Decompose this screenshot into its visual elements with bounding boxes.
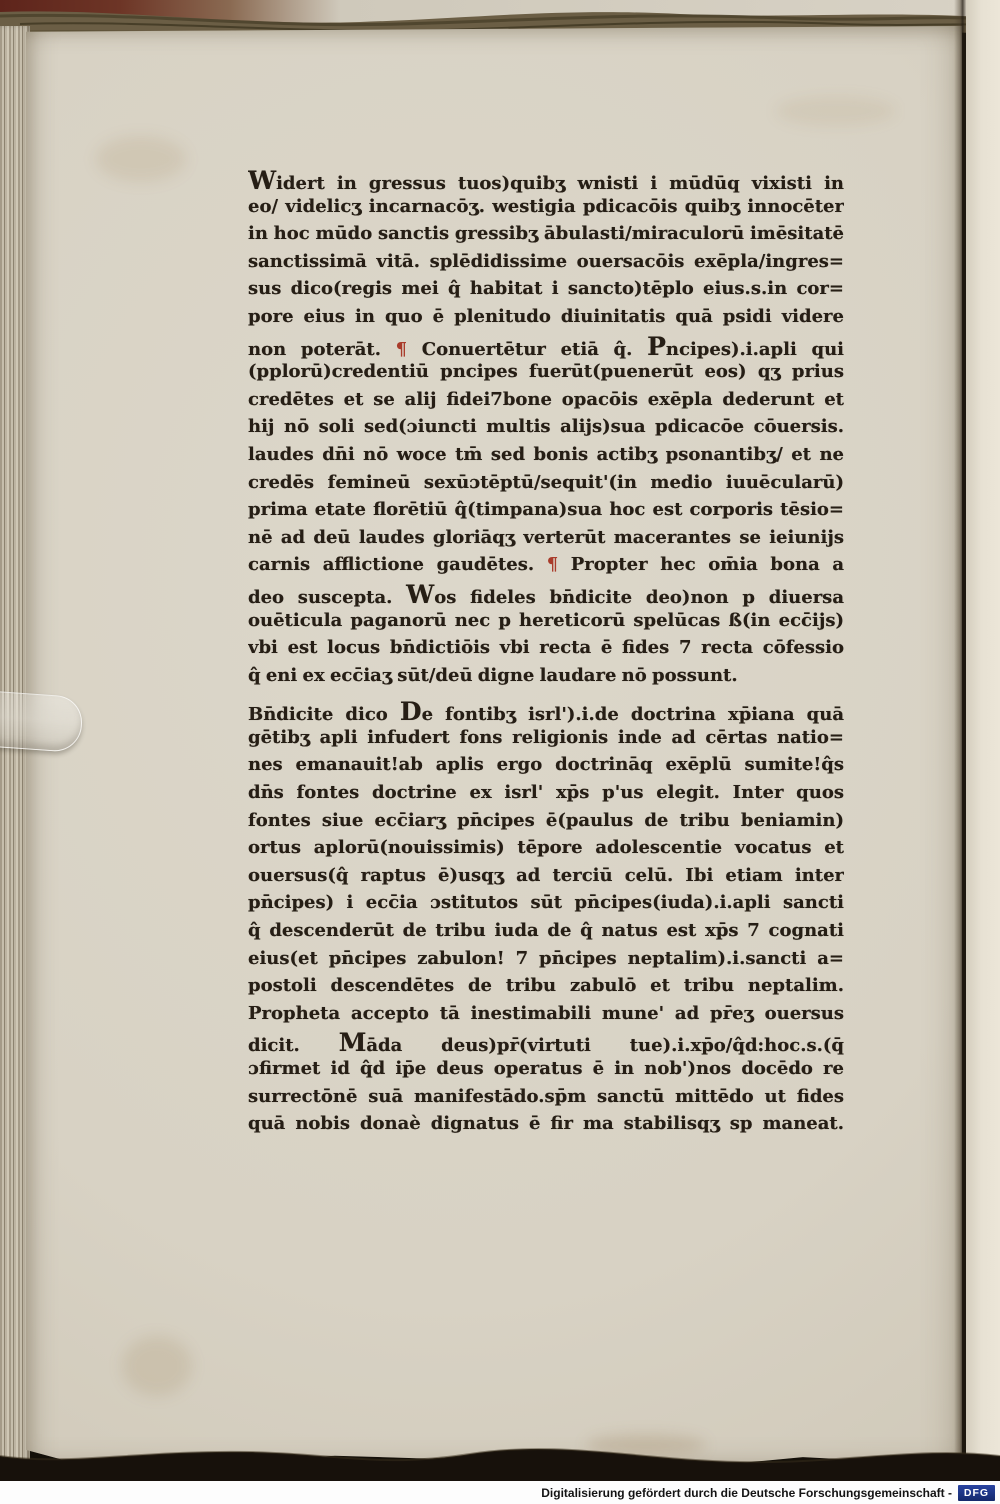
text-segment: deo suscepta.	[248, 587, 406, 608]
text-line: laudes dn̄i nō woce tm̄ sed bonis actibʒ…	[248, 444, 844, 472]
text-line: dicit. Māda deus)pr̄(virtuti tue).i.xp̄o…	[248, 1030, 844, 1058]
text-segment: hij nō soli sed(ɔiuncti multis alijs)sua…	[248, 416, 844, 437]
text-segment: ouēticula paganorū nec p hereticorū spel…	[248, 610, 844, 631]
text-line: credētes et se alij fidei7bone opacōis e…	[248, 389, 844, 417]
text-segment: Propter hec om̄ia bona a	[558, 554, 844, 575]
text-segment: dn̄s fontes doctrine ex isrl' xp̄s p'us …	[248, 782, 844, 803]
text-line: gētibʒ apli infudert fons religionis ind…	[248, 727, 844, 755]
text-line: prima etate florētiū q̂(timpana)sua hoc …	[248, 499, 844, 527]
footer-credit-text: Digitalisierung gefördert durch die Deut…	[541, 1486, 952, 1500]
text-segment: dicit.	[248, 1035, 339, 1056]
text-segment: āda deus)pr̄(virtuti tue).i.xp̄o/q̂d:hoc…	[366, 1035, 844, 1056]
text-line: vbi est locus bn̄dictiōis vbi recta ē fi…	[248, 637, 844, 665]
text-line: eius(et pn̄cipes zabulon! 7 pn̄cipes nep…	[248, 948, 844, 976]
text-line: dn̄s fontes doctrine ex isrl' xp̄s p'us …	[248, 782, 844, 810]
text-segment: prima etate florētiū q̂(timpana)sua hoc …	[248, 499, 844, 520]
footer-bar: Digitalisierung gefördert durch die Deut…	[0, 1481, 1000, 1504]
page-holder-clip	[0, 691, 84, 753]
text-segment: sus dico(regis mei q̂ habitat i sancto)t…	[248, 278, 844, 299]
text-segment: ortus aplorū(nouissimis) tēpore adolesce…	[248, 837, 844, 858]
text-line: (pplorū)credentiū pncipes fuerūt(puenerū…	[248, 361, 844, 389]
text-line: nes emanauit!ab aplis ergo doctrināq exē…	[248, 754, 844, 782]
text-block: Widert in gressus tuos)quibʒ wnisti i mū…	[248, 168, 844, 1141]
text-line: Bn̄dicite dico De fontibʒ isrl').i.de do…	[248, 699, 844, 727]
text-line: ɔfirmet id q̂d ip̄e deus operatus ē in n…	[248, 1058, 844, 1086]
text-segment: q̂ descenderūt de tribu iuda de q̂ natus…	[248, 920, 844, 941]
text-segment: (pplorū)credentiū pncipes fuerūt(puenerū…	[248, 361, 844, 382]
initial-letter: W	[248, 168, 276, 195]
text-segment: in hoc mūdo sanctis gressibʒ ābulasti/mi…	[248, 223, 844, 244]
page-stain	[96, 136, 186, 182]
text-line: hij nō soli sed(ɔiuncti multis alijs)sua…	[248, 416, 844, 444]
rubric-mark: ¶	[396, 339, 407, 360]
text-line: pn̄cipes) i ecc̄ia ɔstitutos sūt pn̄cipe…	[248, 892, 844, 920]
text-segment: nes emanauit!ab aplis ergo doctrināq exē…	[248, 754, 844, 775]
text-segment: eius(et pn̄cipes zabulon! 7 pn̄cipes nep…	[248, 948, 844, 969]
text-line: eo/ videlicʒ incarnacōʒ. westigia pdicac…	[248, 196, 844, 224]
text-line: q̂ eni ex ecc̄iaʒ sūt/deū digne laudare …	[248, 665, 844, 693]
text-segment: credētes et se alij fidei7bone opacōis e…	[248, 389, 844, 410]
text-segment: ncipes).i.apli qui	[666, 339, 844, 360]
page-stain	[122, 1336, 192, 1396]
page-stain	[776, 96, 896, 126]
text-segment: eo/ videlicʒ incarnacōʒ. westigia pdicac…	[248, 196, 844, 217]
text-segment: nē ad deū laudes gloriāqʒ verterūt macer…	[248, 527, 844, 548]
text-line: surrectōnē suā manifestādo.sp̄m sanctū m…	[248, 1086, 844, 1114]
text-segment: idert in gressus tuos)quibʒ wnisti i mūd…	[276, 173, 844, 194]
bottom-shadow	[0, 1392, 1000, 1484]
text-line: carnis afflictione gaudētes. ¶ Propter h…	[248, 554, 844, 582]
text-line: ouēticula paganorū nec p hereticorū spel…	[248, 610, 844, 638]
text-line: non poterāt. ¶ Conuertētur etiā q̂. Pnci…	[248, 334, 844, 362]
text-segment: Conuertētur etiā q̂.	[407, 339, 647, 360]
left-page-stack-edge	[0, 26, 30, 1476]
text-segment: q̂ eni ex ecc̄iaʒ sūt/deū digne laudare …	[248, 665, 738, 686]
text-line: in hoc mūdo sanctis gressibʒ ābulasti/mi…	[248, 223, 844, 251]
text-line: Widert in gressus tuos)quibʒ wnisti i mū…	[248, 168, 844, 196]
rubric-mark: ¶	[547, 554, 558, 575]
dfg-logo: DFG	[958, 1485, 995, 1501]
text-segment: e fontibʒ isrl').i.de doctrina xp̄iana q…	[422, 704, 844, 725]
text-line: nē ad deū laudes gloriāqʒ verterūt macer…	[248, 527, 844, 555]
text-line: q̂ descenderūt de tribu iuda de q̂ natus…	[248, 920, 844, 948]
text-line: Propheta accepto tā inestimabili mune' a…	[248, 1003, 844, 1031]
initial-letter: P	[647, 334, 666, 361]
text-line: pore eius in quo ē plenitudo diuinitatis…	[248, 306, 844, 334]
text-line: ortus aplorū(nouissimis) tēpore adolesce…	[248, 837, 844, 865]
text-segment: pn̄cipes) i ecc̄ia ɔstitutos sūt pn̄cipe…	[248, 892, 844, 913]
text-line: postoli descendētes de tribu zabulō et t…	[248, 975, 844, 1003]
text-line: sus dico(regis mei q̂ habitat i sancto)t…	[248, 278, 844, 306]
text-segment: credēs femineū sexūɔtēptū/sequit'(in med…	[248, 472, 844, 493]
text-segment: non poterāt.	[248, 339, 396, 360]
initial-letter: D	[400, 699, 422, 726]
text-segment: ɔfirmet id q̂d ip̄e deus operatus ē in n…	[248, 1058, 844, 1079]
text-line: sanctissimā vitā. splēdidissime ouersacō…	[248, 251, 844, 279]
text-segment: Bn̄dicite dico	[248, 704, 400, 725]
text-segment: quā nobis donaè dignatus ē fir ma stabil…	[248, 1113, 844, 1134]
text-segment: surrectōnē suā manifestādo.sp̄m sanctū m…	[248, 1086, 844, 1107]
text-segment: vbi est locus bn̄dictiōis vbi recta ē fi…	[248, 637, 844, 658]
text-segment: pore eius in quo ē plenitudo diuinitatis…	[248, 306, 844, 327]
text-segment: postoli descendētes de tribu zabulō et t…	[248, 975, 844, 996]
text-segment: sanctissimā vitā. splēdidissime ouersacō…	[248, 251, 844, 272]
book-scan-scene: Widert in gressus tuos)quibʒ wnisti i mū…	[0, 0, 1000, 1504]
text-segment: laudes dn̄i nō woce tm̄ sed bonis actibʒ…	[248, 444, 844, 465]
text-line: credēs femineū sexūɔtēptū/sequit'(in med…	[248, 472, 844, 500]
initial-letter: W	[406, 582, 434, 609]
text-segment: carnis afflictione gaudētes.	[248, 554, 547, 575]
page-gutter	[954, 0, 966, 1482]
text-segment: Propheta accepto tā inestimabili mune' a…	[248, 1003, 844, 1024]
text-segment: fontes siue ecc̄iarʒ pn̄cipes ē(paulus d…	[248, 810, 844, 831]
text-segment: os fideles bn̄dicite deo)non p diuersa	[434, 587, 844, 608]
initial-letter: M	[339, 1030, 367, 1057]
text-line: quā nobis donaè dignatus ē fir ma stabil…	[248, 1113, 844, 1141]
text-line: fontes siue ecc̄iarʒ pn̄cipes ē(paulus d…	[248, 810, 844, 838]
text-segment: ouersus(q̂ raptus ē)usqʒ ad terciū celū.…	[248, 865, 844, 886]
text-segment: gētibʒ apli infudert fons religionis ind…	[248, 727, 844, 748]
facing-page-edge	[966, 0, 1000, 1482]
text-line: deo suscepta. Wos fideles bn̄dicite deo)…	[248, 582, 844, 610]
text-line: ouersus(q̂ raptus ē)usqʒ ad terciū celū.…	[248, 865, 844, 893]
